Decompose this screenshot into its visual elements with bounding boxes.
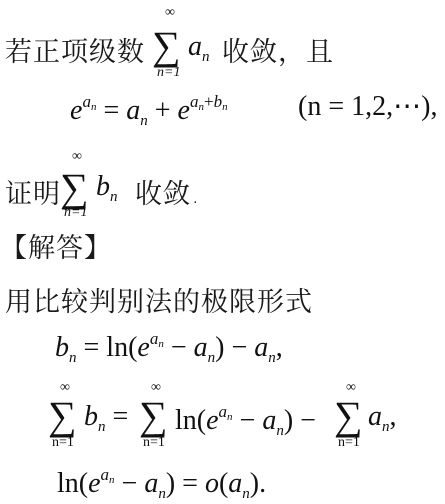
sum2-term: bn [96,173,118,205]
sigma-symbol: ∑ [48,396,77,436]
sigma-symbol: ∑ [60,168,89,208]
solution-method-text: 用比较判别法的极限形式 [5,280,313,319]
step2-middle: ln(ean − an) − [175,403,316,439]
step2-lhs: bn = [84,403,128,435]
sum1-lower-limit: n=1 [157,66,180,80]
sum2-upper-limit: ∞ [72,150,82,164]
step2-rhs: an, [368,403,397,435]
index-condition: (n = 1,2,⋯), [298,93,437,121]
sigma-symbol: ∑ [152,26,181,66]
given-equation: ean = an + ean+bn [70,93,228,129]
step1-equation: bn = ln(ean − an) − an, [55,330,283,366]
prove-convergence-text: 收敛. [135,172,201,211]
step2-sum2-lower: n=1 [143,436,165,450]
step2-sum1-lower: n=1 [52,436,74,450]
prove-text: 证明 [5,172,61,211]
step2-sum3-lower: n=1 [338,436,360,450]
sum2-lower-limit: n=1 [64,206,87,220]
sum1-term: an [188,33,210,65]
step3-equation: ln(ean − an) = o(an). [57,466,266,502]
solution-heading: 【解答】 [0,226,112,265]
sigma-symbol: ∑ [139,396,168,436]
problem-convergence-text: 收敛，且 [222,30,334,69]
sum1-upper-limit: ∞ [165,6,175,20]
sigma-symbol: ∑ [334,396,363,436]
problem-intro-text: 若正项级数 [5,30,145,69]
